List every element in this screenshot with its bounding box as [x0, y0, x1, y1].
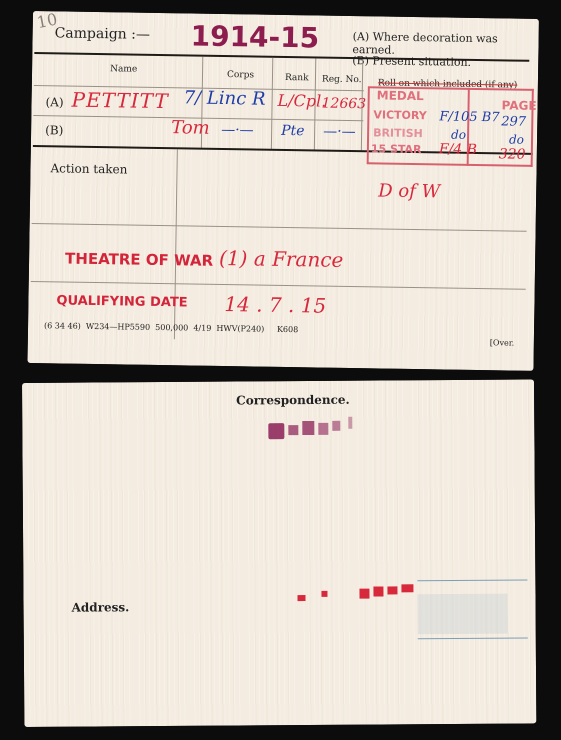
legend-b: (B) Present situation.: [352, 54, 471, 69]
action-taken-value: D of W: [378, 180, 440, 202]
roll-victory: F/105 B7: [439, 109, 499, 125]
col-rank: Rank: [285, 73, 309, 83]
over-note: [Over.: [490, 338, 515, 347]
row-a-rank: L/Cpl.: [277, 91, 326, 111]
divider: [271, 58, 273, 150]
faint-blue-line: [417, 579, 527, 581]
row-b-label: (B): [45, 123, 63, 137]
purple-stamp: [268, 417, 368, 444]
qualifying-stamp: QUALIFYING DATE: [56, 293, 187, 310]
medal-victory: VICTORY: [373, 108, 427, 122]
page-star: 320: [499, 146, 526, 162]
address-label: Address.: [72, 600, 130, 614]
roll-british: do: [451, 128, 466, 142]
page-british: do: [509, 132, 524, 146]
medal-card-front: 10 Campaign :— 1914-15 (A) Where decorat…: [27, 11, 538, 371]
roll-star: F/4 B: [439, 141, 477, 158]
surname: PETTITT: [71, 88, 168, 114]
forename: Tom: [171, 117, 210, 139]
page-header: PAGE: [501, 98, 536, 113]
theatre-value: (1) a France: [219, 246, 344, 272]
divider: [31, 281, 526, 290]
col-name: Name: [110, 64, 137, 74]
campaign-value: 1914-15: [190, 19, 319, 54]
row-a-corps: 7/ Linc R: [183, 87, 265, 109]
row-a-regno: 12663: [321, 96, 366, 113]
row-b-regno: —·—: [323, 124, 356, 141]
correspondence-label: Correspondence.: [236, 393, 350, 408]
col-corps: Corps: [227, 70, 254, 80]
row-b-corps: —·—: [221, 122, 254, 139]
row-b-rank: Pte: [281, 123, 305, 139]
red-stamp: [293, 584, 423, 605]
col-regno: Reg. No.: [322, 75, 362, 86]
medal-card-back: Correspondence. Address.: [22, 379, 536, 727]
print-code: (6 34 46) W234—HP5590 500,000 4/19 HWV(P…: [44, 321, 298, 334]
qualifying-value: 14 . 7 . 15: [224, 292, 326, 318]
row-a-label: (A): [45, 95, 63, 109]
faint-blue-mark: [417, 594, 507, 635]
theatre-stamp: THEATRE OF WAR: [65, 250, 213, 270]
medal-header: MEDAL: [377, 88, 424, 103]
divider: [174, 149, 178, 339]
medal-star: 15 STAR: [371, 142, 422, 156]
page-victory: 297: [501, 114, 526, 129]
medal-british: BRITISH: [373, 126, 423, 140]
divider: [32, 223, 527, 232]
action-taken-label: Action taken: [50, 161, 127, 176]
campaign-label: Campaign :—: [55, 25, 151, 42]
faint-blue-line: [418, 637, 528, 639]
